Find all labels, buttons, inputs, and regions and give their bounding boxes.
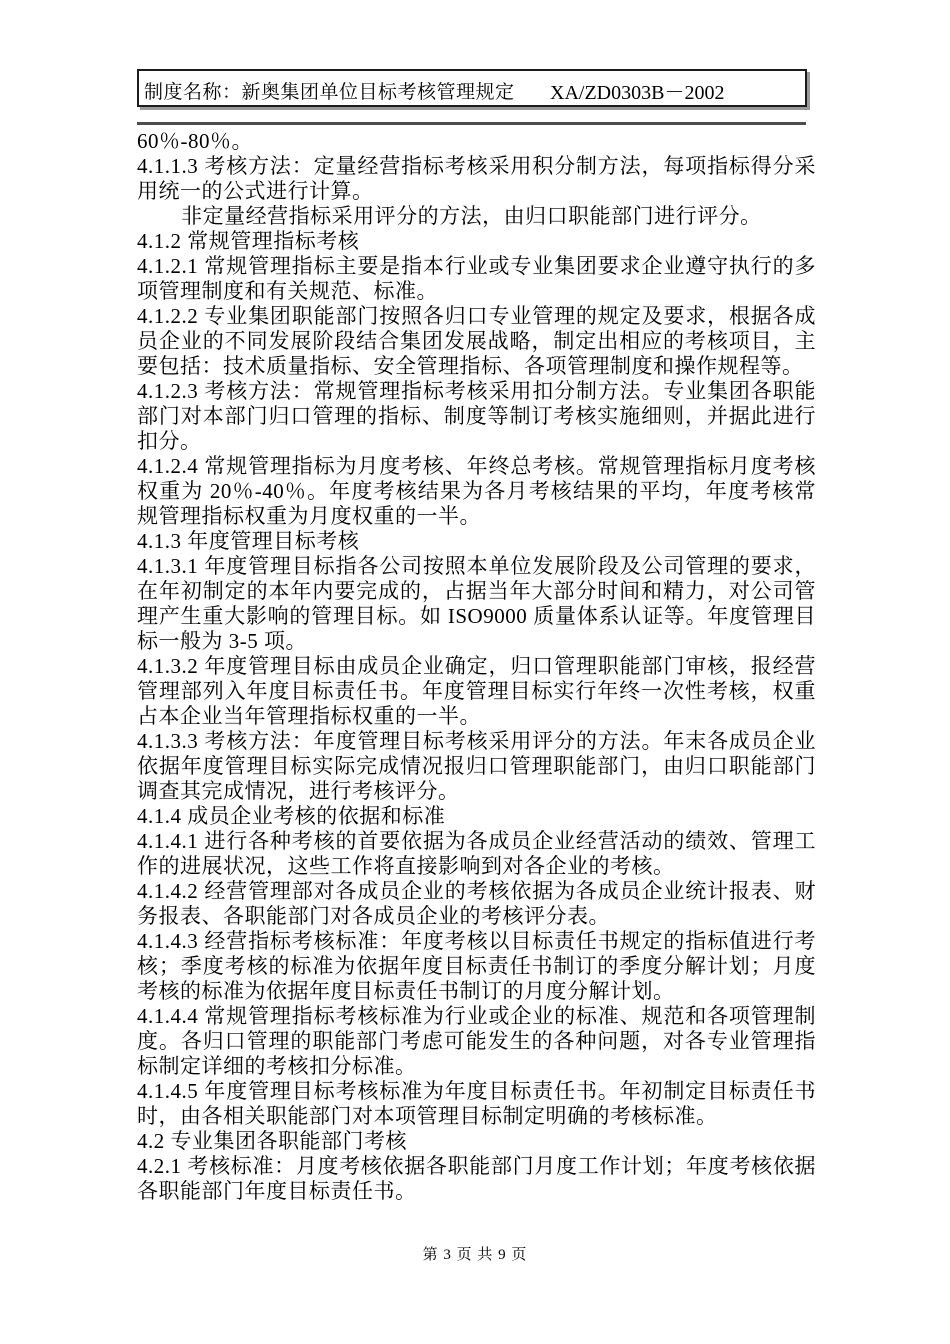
paragraph: 4.1.3 年度管理目标考核 — [137, 529, 816, 554]
document-body: 60％-80％。 4.1.1.3 考核方法：定量经营指标考核采用积分制方法，每项… — [137, 129, 816, 1204]
paragraph: 4.1.3.3 考核方法：年度管理目标考核采用评分的方法。年末各成员企业依据年度… — [137, 729, 816, 804]
paragraph: 4.1.4.4 常规管理指标考核标准为行业或企业的标准、规范和各项管理制度。各归… — [137, 1004, 816, 1079]
paragraph: 4.1.4.1 进行各种考核的首要依据为各成员企业经营活动的绩效、管理工作的进展… — [137, 829, 816, 879]
paragraph: 4.1.1.3 考核方法：定量经营指标考核采用积分制方法，每项指标得分采用统一的… — [137, 154, 816, 204]
paragraph: 4.1.2.3 考核方法：常规管理指标考核采用扣分制方法。专业集团各职能部门对本… — [137, 379, 816, 454]
document-number: XA/ZD0303B－2002 — [550, 76, 724, 105]
paragraph: 60％-80％。 — [137, 129, 816, 154]
header-box: 制度名称：新奥集团单位目标考核管理规定 XA/ZD0303B－2002 — [137, 69, 807, 107]
page-number: 第 3 页 共 9 页 — [0, 1243, 950, 1264]
paragraph: 非定量经营指标采用评分的方法，由归口职能部门进行评分。 — [137, 204, 816, 229]
paragraph: 4.1.3.1 年度管理目标指各公司按照本单位发展阶段及公司管理的要求，在年初制… — [137, 554, 816, 654]
document-title: 制度名称：新奥集团单位目标考核管理规定 — [144, 77, 515, 104]
paragraph: 4.1.4.5 年度管理目标考核标准为年度目标责任书。年初制定目标责任书时，由各… — [137, 1079, 816, 1129]
paragraph: 4.1.4.2 经营管理部对各成员企业的考核依据为各成员企业统计报表、财务报表、… — [137, 879, 816, 929]
paragraph: 4.2 专业集团各职能部门考核 — [137, 1129, 816, 1154]
paragraph: 4.1.2.4 常规管理指标为月度考核、年终总考核。常规管理指标月度考核权重为 … — [137, 454, 816, 529]
paragraph: 4.1.2.2 专业集团职能部门按照各归口专业管理的规定及要求，根据各成员企业的… — [137, 304, 816, 379]
paragraph: 4.1.2.1 常规管理指标主要是指本行业或专业集团要求企业遵守执行的多项管理制… — [137, 254, 816, 304]
paragraph: 4.1.3.2 年度管理目标由成员企业确定，归口管理职能部门审核，报经营管理部列… — [137, 654, 816, 729]
paragraph: 4.1.2 常规管理指标考核 — [137, 229, 816, 254]
paragraph: 4.1.4 成员企业考核的依据和标准 — [137, 804, 816, 829]
document-page: 制度名称：新奥集团单位目标考核管理规定 XA/ZD0303B－2002 60％-… — [0, 0, 950, 1344]
header-divider — [137, 122, 806, 125]
paragraph: 4.1.4.3 经营指标考核标准：年度考核以目标责任书规定的指标值进行考核；季度… — [137, 929, 816, 1004]
paragraph: 4.2.1 考核标准：月度考核依据各职能部门月度工作计划；年度考核依据各职能部门… — [137, 1154, 816, 1204]
